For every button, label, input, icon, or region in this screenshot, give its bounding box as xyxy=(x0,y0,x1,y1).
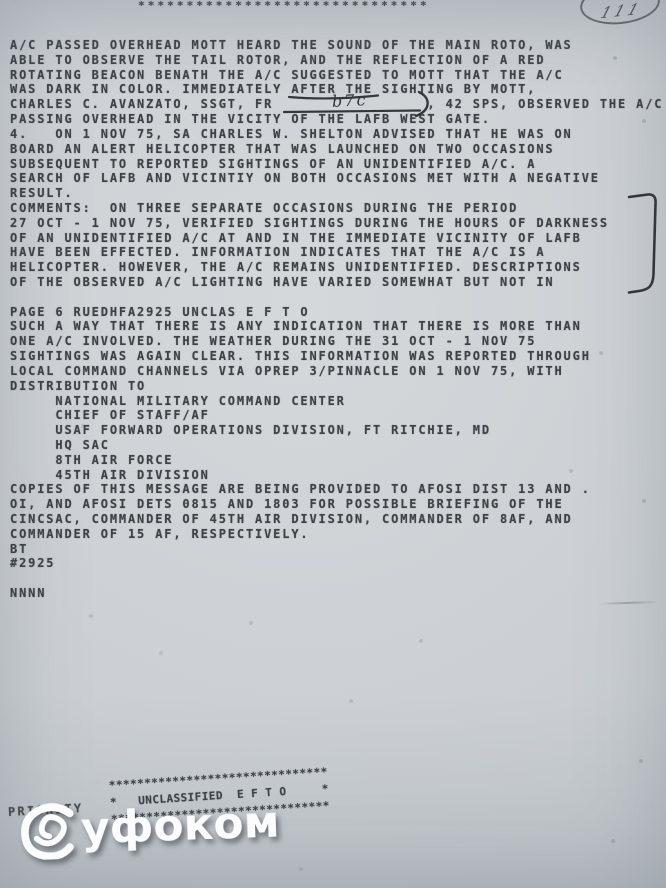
document-line: NATIONAL MILITARY COMMAND CENTER xyxy=(10,394,663,409)
paper-crease-mark xyxy=(598,601,656,605)
document-line: PAGE 6 RUEDHFA2925 UNCLAS E F T O xyxy=(10,305,663,320)
document-line: OF AN UNIDENTIFIED A/C AT AND IN THE IMM… xyxy=(10,231,663,246)
document-line: USAF FORWARD OPERATIONS DIVISION, FT RIT… xyxy=(10,423,663,438)
document-line: ROTATING BEACON BENATH THE A/C SUGGESTED… xyxy=(10,68,663,83)
document-body: A/C PASSED OVERHEAD MOTT HEARD THE SOUND… xyxy=(10,38,663,601)
document-line: 8TH AIR FORCE xyxy=(10,453,663,468)
document-line: ONE A/C INVOLVED. THE WEATHER DURING THE… xyxy=(10,334,663,349)
document-line: COMMANDER OF 15 AF, RESPECTIVELY. xyxy=(10,527,663,542)
document-line: SUBSEQUENT TO REPORTED SIGHTINGS OF AN U… xyxy=(10,157,663,172)
document-line: SUCH A WAY THAT THERE IS ANY INDICATION … xyxy=(10,319,663,334)
document-line: OF THE OBSERVED A/C LIGHTING HAVE VARIED… xyxy=(10,275,663,290)
document-line: HQ SAC xyxy=(10,438,663,453)
page-number-circle: 111 xyxy=(578,0,662,28)
document-line: COMMENTS: ON THREE SEPARATE OCCASIONS DU… xyxy=(10,201,663,216)
document-line: PASSING OVERHEAD IN THE VICITY OF THE LA… xyxy=(10,112,663,127)
document-line xyxy=(10,290,663,305)
document-line: LOCAL COMMAND CHANNELS VIA OPREP 3/PINNA… xyxy=(10,364,663,379)
document-line: #2925 xyxy=(10,556,663,571)
document-line xyxy=(10,571,663,586)
document-line: CHIEF OF STAFF/AF xyxy=(10,408,663,423)
ufocom-watermark: уфоком xyxy=(19,793,280,860)
handwritten-redaction-code: b7c xyxy=(332,90,368,111)
document-line: COPIES OF THIS MESSAGE ARE BEING PROVIDE… xyxy=(10,482,663,497)
document-line: 45TH AIR DIVISION xyxy=(10,468,663,483)
handwritten-page-number: 111 xyxy=(597,0,644,24)
document-photo: ****************************** 111 A/C P… xyxy=(0,0,666,888)
document-line: BOARD AN ALERT HELICOPTER THAT WAS LAUNC… xyxy=(10,142,663,157)
document-line: HAVE BEEN EFFECTED. INFORMATION INDICATE… xyxy=(10,245,663,260)
document-line: 4. ON 1 NOV 75, SA CHARLES W. SHELTON AD… xyxy=(10,127,663,142)
ufocom-logo-icon xyxy=(19,801,79,861)
watermark-text: уфоком xyxy=(80,793,281,858)
document-line: SEARCH OF LAFB AND VICINTIY ON BOTH OCCA… xyxy=(10,171,663,186)
document-line: NNNN xyxy=(10,586,663,601)
document-line: BT xyxy=(10,542,663,557)
top-asterisk-row: ****************************** xyxy=(138,0,430,12)
document-line: ABLE TO OBSERVE THE TAIL ROTOR, AND THE … xyxy=(10,53,663,68)
document-line: RESULT. xyxy=(10,186,663,201)
document-line: OI, AND AFOSI DETS 0815 AND 1803 FOR POS… xyxy=(10,497,663,512)
document-line: A/C PASSED OVERHEAD MOTT HEARD THE SOUND… xyxy=(10,38,663,53)
document-line: HELICOPTER. HOWEVER, THE A/C REMAINS UNI… xyxy=(10,260,663,275)
document-line: 27 OCT - 1 NOV 75, VERIFIED SIGHTINGS DU… xyxy=(10,216,663,231)
document-line: SIGHTINGS WAS AGAIN CLEAR. THIS INFORMAT… xyxy=(10,349,663,364)
paper-speckles xyxy=(0,0,2,2)
document-line: DISTRIBUTION TO xyxy=(10,379,663,394)
document-line: CINCSAC, COMMANDER OF 45TH AIR DIVISION,… xyxy=(10,512,663,527)
